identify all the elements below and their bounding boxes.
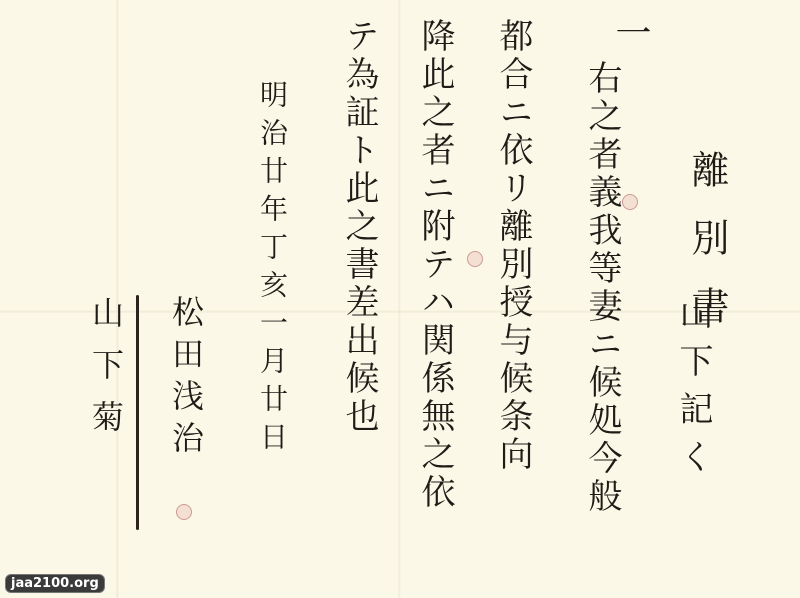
recipient-name: 山下菊 <box>90 296 122 452</box>
seal-stamp-icon <box>176 504 192 520</box>
opening-mark: 一 <box>612 14 648 56</box>
body-column-3: 降此之者ニ附テハ関係無之依 <box>418 18 452 512</box>
body-column-1: 右之者義我等妻ニ候処今般 <box>585 60 619 516</box>
seal-stamp-icon <box>622 194 638 210</box>
signature-divider-line <box>136 295 139 530</box>
seal-stamp-icon <box>467 251 483 267</box>
document-date: 明治廿年丁亥一月廿日 <box>258 80 286 460</box>
body-column-4: テ為証ト此之書差出候也 <box>342 18 376 436</box>
site-watermark: jaa2100.org <box>6 575 104 592</box>
addressee-line: 山下記く <box>676 295 710 487</box>
sender-name: 松田浅治 <box>170 295 202 463</box>
body-column-2: 都合ニ依リ離別授与候条向 <box>496 18 530 474</box>
